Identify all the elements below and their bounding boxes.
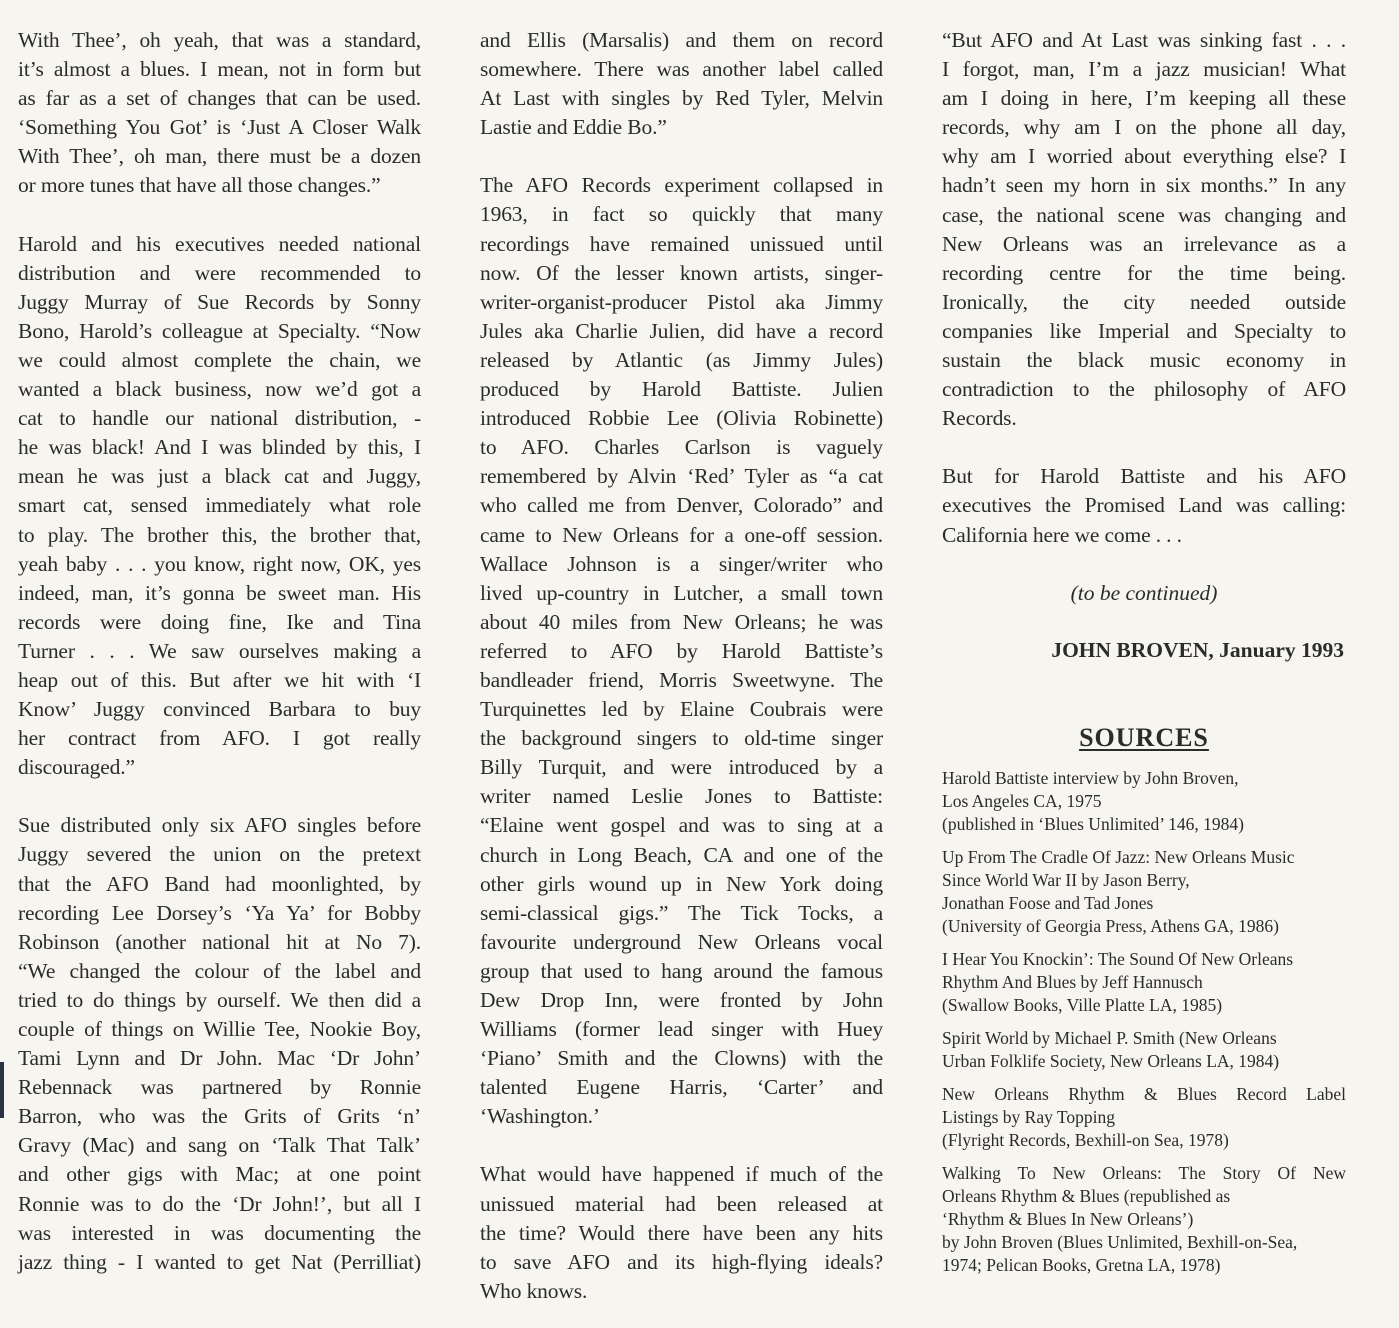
text-line: favourite underground New Orleans vocal	[480, 928, 883, 957]
source-line: (Swallow Books, Ville Platte LA, 1985)	[942, 994, 1346, 1017]
source-line: Harold Battiste interview by John Broven…	[942, 767, 1346, 790]
text-line: couple of things on Willie Tee, Nookie B…	[18, 1015, 421, 1044]
source-entry: Spirit World by Michael P. Smith (New Or…	[942, 1027, 1346, 1073]
text-line: indeed, man, it’s gonna be sweet man. Hi…	[18, 579, 421, 608]
text-line: why am I worried about everything else? …	[942, 142, 1346, 171]
paragraph: Harold and his executives needed nationa…	[18, 230, 421, 783]
text-line: Rebennack was partnered by Ronnie	[18, 1073, 421, 1102]
text-line: unissued material had been released at	[480, 1190, 883, 1219]
text-line: somewhere. There was another label calle…	[480, 55, 883, 84]
source-line: Spirit World by Michael P. Smith (New Or…	[942, 1027, 1346, 1050]
text-line: or more tunes that have all those change…	[18, 171, 421, 200]
text-line: Records.	[942, 404, 1346, 433]
source-line: Up From The Cradle Of Jazz: New Orleans …	[942, 846, 1346, 869]
source-line: Walking To New Orleans: The Story Of New	[942, 1162, 1346, 1185]
text-line: Sue distributed only six AFO singles bef…	[18, 811, 421, 840]
text-line: ‘Piano’ Smith and the Clowns) with the	[480, 1044, 883, 1073]
text-line: Turquinettes led by Elaine Coubrais were	[480, 695, 883, 724]
text-line: contradiction to the philosophy of AFO	[942, 375, 1346, 404]
text-line: Juggy Murray of Sue Records by Sonny	[18, 288, 421, 317]
text-line: tried to do things by ourself. We then d…	[18, 986, 421, 1015]
text-line: Who knows.	[480, 1277, 883, 1306]
text-line: smart cat, sensed immediately what role	[18, 491, 421, 520]
paragraph: But for Harold Battiste and his AFOexecu…	[942, 462, 1346, 549]
text-line: to AFO. Charles Carlson is vaguely	[480, 433, 883, 462]
text-line: Ironically, the city needed outside	[942, 288, 1346, 317]
text-line: The AFO Records experiment collapsed in	[480, 171, 883, 200]
text-line: the background singers to old-time singe…	[480, 724, 883, 753]
text-line: produced by Harold Battiste. Julien	[480, 375, 883, 404]
text-line: recording centre for the time being.	[942, 259, 1346, 288]
source-line: ‘Rhythm & Blues In New Orleans’)	[942, 1208, 1346, 1231]
text-line: am I doing in here, I’m keeping all thes…	[942, 84, 1346, 113]
text-line: writer-organist-producer Pistol aka Jimm…	[480, 288, 883, 317]
text-line: companies like Imperial and Specialty to	[942, 317, 1346, 346]
source-entry: Harold Battiste interview by John Broven…	[942, 767, 1346, 836]
paragraph: Sue distributed only six AFO singles bef…	[18, 811, 421, 1277]
source-line: Urban Folklife Society, New Orleans LA, …	[942, 1050, 1346, 1073]
text-line: Gravy (Mac) and sang on ‘Talk That Talk’	[18, 1131, 421, 1160]
text-line: records, why am I on the phone all day,	[942, 113, 1346, 142]
text-line: released by Atlantic (as Jimmy Jules)	[480, 346, 883, 375]
text-line: he was black! And I was blinded by this,…	[18, 433, 421, 462]
text-line: Tami Lynn and Dr John. Mac ‘Dr John’	[18, 1044, 421, 1073]
text-line: and Ellis (Marsalis) and them on record	[480, 26, 883, 55]
text-line: I forgot, man, I’m a jazz musician! What	[942, 55, 1346, 84]
text-line: it’s almost a blues. I mean, not in form…	[18, 55, 421, 84]
text-line: Ronnie was to do the ‘Dr John!’, but all…	[18, 1190, 421, 1219]
text-line: who called me from Denver, Colorado” and	[480, 491, 883, 520]
source-line: Orleans Rhythm & Blues (republished as	[942, 1185, 1346, 1208]
text-line: remembered by Alvin ‘Red’ Tyler as “a ca…	[480, 462, 883, 491]
text-line: Know’ Juggy convinced Barbara to buy	[18, 695, 421, 724]
text-line: California here we come . . .	[942, 521, 1346, 550]
text-line: as far as a set of changes that can be u…	[18, 84, 421, 113]
text-line: came to New Orleans for a one-off sessio…	[480, 521, 883, 550]
source-line: I Hear You Knockin’: The Sound Of New Or…	[942, 948, 1346, 971]
source-line: Jonathan Foose and Tad Jones	[942, 892, 1346, 915]
text-line: bandleader friend, Morris Sweetwyne. The	[480, 666, 883, 695]
paragraph: What would have happened if much of theu…	[480, 1160, 883, 1305]
text-line: Harold and his executives needed nationa…	[18, 230, 421, 259]
text-line: 1963, in fact so quickly that many	[480, 200, 883, 229]
source-entry: Up From The Cradle Of Jazz: New Orleans …	[942, 846, 1346, 938]
text-line: Lastie and Eddie Bo.”	[480, 113, 883, 142]
text-line: other girls wound up in New York doing	[480, 870, 883, 899]
source-line: New Orleans Rhythm & Blues Record Label	[942, 1083, 1346, 1106]
text-line: Turner . . . We saw ourselves making a	[18, 637, 421, 666]
text-line: Jules aka Charlie Julien, did have a rec…	[480, 317, 883, 346]
paragraph: With Thee’, oh yeah, that was a standard…	[18, 26, 421, 201]
paragraph: “But AFO and At Last was sinking fast . …	[942, 26, 1346, 433]
source-line: 1974; Pelican Books, Gretna LA, 1978)	[942, 1254, 1346, 1277]
source-entry: New Orleans Rhythm & Blues Record LabelL…	[942, 1083, 1346, 1152]
text-line: about 40 miles from New Orleans; he was	[480, 608, 883, 637]
text-line: ‘Something You Got’ is ‘Just A Closer Wa…	[18, 113, 421, 142]
text-line: New Orleans was an irrelevance as a	[942, 230, 1346, 259]
text-line: At Last with singles by Red Tyler, Melvi…	[480, 84, 883, 113]
text-line: was interested in was documenting the	[18, 1219, 421, 1248]
source-entry: I Hear You Knockin’: The Sound Of New Or…	[942, 948, 1346, 1017]
source-line: Los Angeles CA, 1975	[942, 790, 1346, 813]
source-entry: Walking To New Orleans: The Story Of New…	[942, 1162, 1346, 1277]
text-line: that the AFO Band had moonlighted, by	[18, 870, 421, 899]
text-line: distribution and were recommended to	[18, 259, 421, 288]
text-line: recordings have remained unissued until	[480, 230, 883, 259]
source-line: Since World War II by Jason Berry,	[942, 869, 1346, 892]
text-line: wanted a black business, now we’d got a	[18, 375, 421, 404]
text-line: the time? Would there have been any hits	[480, 1219, 883, 1248]
text-line: Juggy severed the union on the pretext	[18, 840, 421, 869]
text-line: we could almost complete the chain, we	[18, 346, 421, 375]
text-line: mean he was just a black cat and Juggy,	[18, 462, 421, 491]
text-line: With Thee’, oh yeah, that was a standard…	[18, 26, 421, 55]
text-line: “We changed the colour of the label and	[18, 957, 421, 986]
source-line: by John Broven (Blues Unlimited, Bexhill…	[942, 1231, 1346, 1254]
author-byline: JOHN BROVEN, January 1993	[942, 636, 1346, 665]
text-line: to play. The brother this, the brother t…	[18, 521, 421, 550]
source-line: (Flyright Records, Bexhill-on Sea, 1978)	[942, 1129, 1346, 1152]
text-line: group that used to hang around the famou…	[480, 957, 883, 986]
source-line: Listings by Ray Topping	[942, 1106, 1346, 1129]
text-line: With Thee’, oh man, there must be a doze…	[18, 142, 421, 171]
text-line: jazz thing - I wanted to get Nat (Perril…	[18, 1248, 421, 1277]
text-line: discouraged.”	[18, 753, 421, 782]
article-column-3: “But AFO and At Last was sinking fast . …	[942, 26, 1346, 1287]
text-line: recording Lee Dorsey’s ‘Ya Ya’ for Bobby	[18, 899, 421, 928]
text-line: executives the Promised Land was calling…	[942, 491, 1346, 520]
text-line: referred to AFO by Harold Battiste’s	[480, 637, 883, 666]
scan-edge-mark	[0, 1062, 4, 1118]
sources-heading: SOURCES	[942, 723, 1346, 753]
text-line: and other gigs with Mac; at one point	[18, 1160, 421, 1189]
text-line: talented Eugene Harris, ‘Carter’ and	[480, 1073, 883, 1102]
paragraph: The AFO Records experiment collapsed in1…	[480, 171, 883, 1131]
source-line: Rhythm And Blues by Jeff Hannusch	[942, 971, 1346, 994]
text-line: lived up-country in Lutcher, a small tow…	[480, 579, 883, 608]
text-line: now. Of the lesser known artists, singer…	[480, 259, 883, 288]
text-line: to save AFO and its high-flying ideals?	[480, 1248, 883, 1277]
text-line: sustain the black music economy in	[942, 346, 1346, 375]
text-line: church in Long Beach, CA and one of the	[480, 841, 883, 870]
text-line: heap out of this. But after we hit with …	[18, 666, 421, 695]
text-line: “Elaine went gospel and was to sing at a	[480, 811, 883, 840]
text-line: Robinson (another national hit at No 7).	[18, 928, 421, 957]
article-column-2: and Ellis (Marsalis) and them on records…	[480, 26, 883, 1328]
text-line: Barron, who was the Grits of Grits ‘n’	[18, 1102, 421, 1131]
article-column-1: With Thee’, oh yeah, that was a standard…	[18, 26, 421, 1306]
text-line: semi-classical gigs.” The Tick Tocks, a	[480, 899, 883, 928]
text-line: case, the national scene was changing an…	[942, 201, 1346, 230]
text-line: hadn’t seen my horn in six months.” In a…	[942, 171, 1346, 200]
text-line: Billy Turquit, and were introduced by a	[480, 753, 883, 782]
text-line: ‘Washington.’	[480, 1102, 883, 1131]
text-line: Williams (former lead singer with Huey	[480, 1015, 883, 1044]
text-line: writer named Leslie Jones to Battiste:	[480, 782, 883, 811]
text-line: cat to handle our national distribution,…	[18, 404, 421, 433]
paragraph: and Ellis (Marsalis) and them on records…	[480, 26, 883, 142]
text-line: Dew Drop Inn, were fronted by John	[480, 986, 883, 1015]
text-line: her contract from AFO. I got really	[18, 724, 421, 753]
text-line: Wallace Johnson is a singer/writer who	[480, 550, 883, 579]
text-line: But for Harold Battiste and his AFO	[942, 462, 1346, 491]
text-line: What would have happened if much of the	[480, 1160, 883, 1189]
text-line: yeah baby . . . you know, right now, OK,…	[18, 550, 421, 579]
source-line: (published in ‘Blues Unlimited’ 146, 198…	[942, 813, 1346, 836]
text-line: “But AFO and At Last was sinking fast . …	[942, 26, 1346, 55]
to-be-continued-note: (to be continued)	[942, 579, 1346, 608]
text-line: introduced Robbie Lee (Olivia Robinette)	[480, 404, 883, 433]
source-line: (University of Georgia Press, Athens GA,…	[942, 915, 1346, 938]
text-line: records were doing fine, Ike and Tina	[18, 608, 421, 637]
text-line: Bono, Harold’s colleague at Specialty. “…	[18, 317, 421, 346]
